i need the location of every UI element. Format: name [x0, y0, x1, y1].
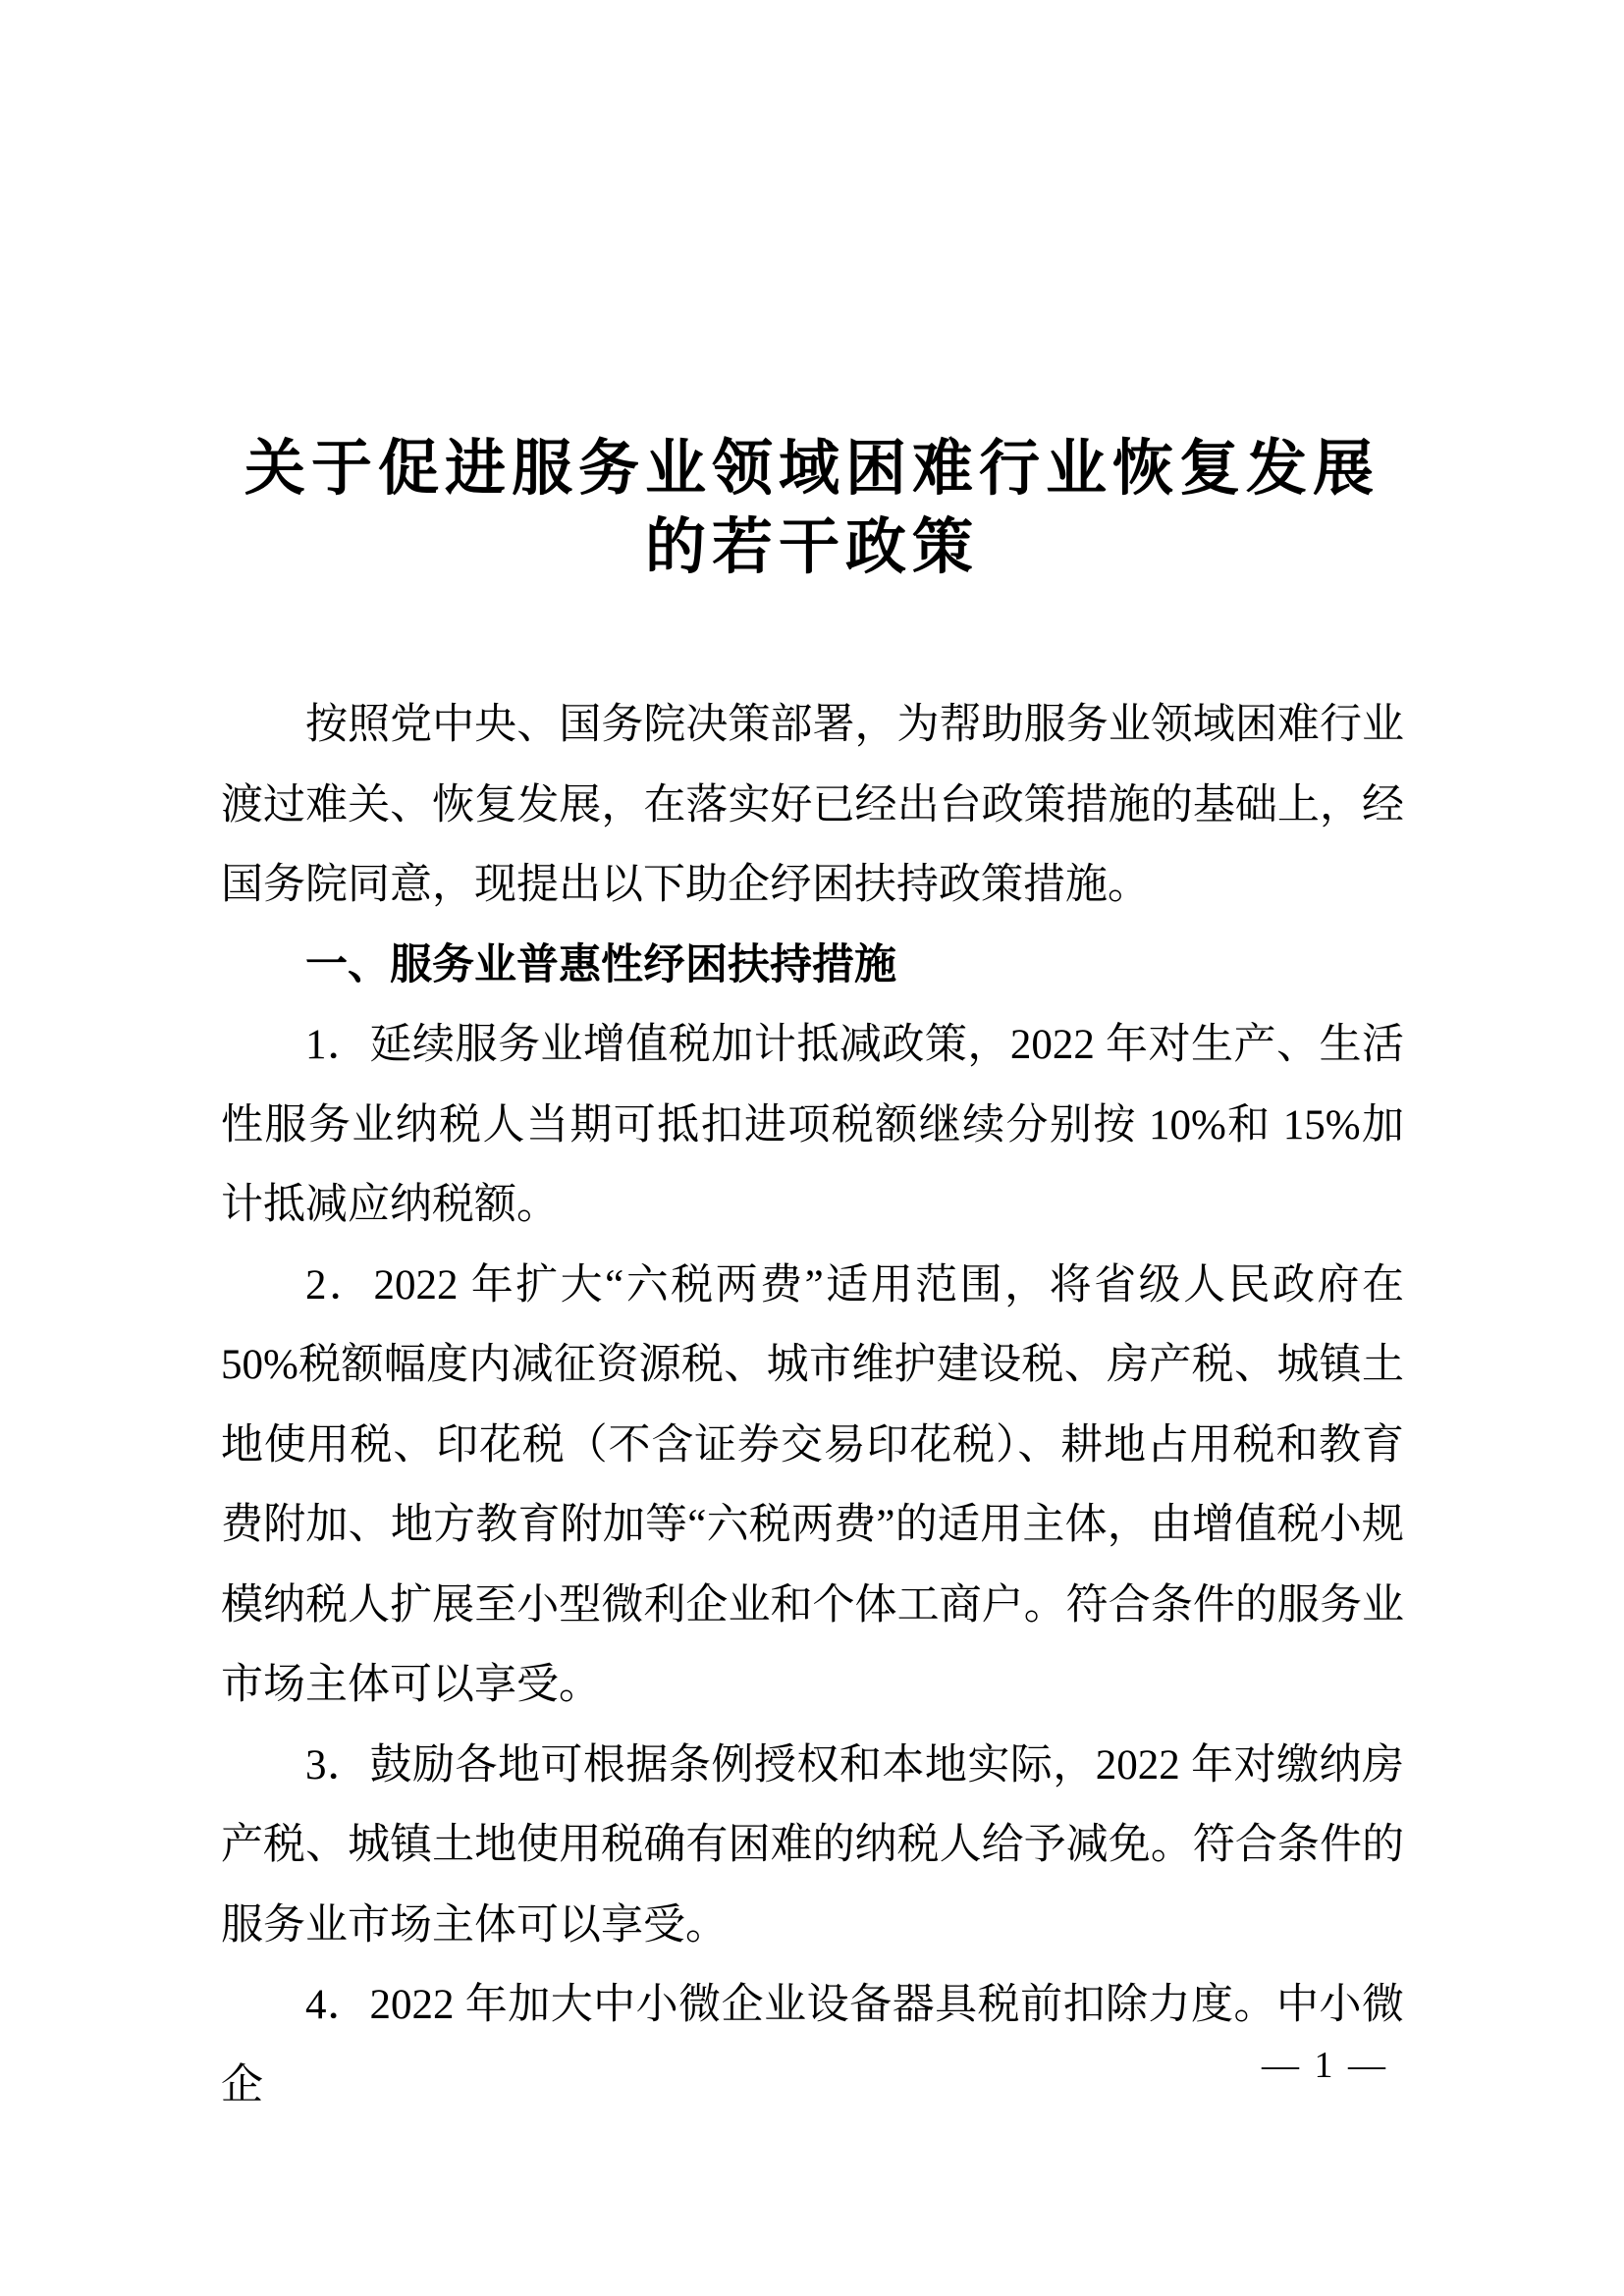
document-title-line-1: 关于促进服务业领域困难行业恢复发展: [0, 430, 1624, 508]
page: 关于促进服务业领域困难行业恢复发展 的若干政策 按照党中央、国务院决策部署，为帮…: [0, 0, 1624, 2296]
section-1-heading: 一、服务业普惠性纾困扶持措施: [221, 926, 1404, 1006]
policy-item-2: 2．2022 年扩大“六税两费”适用范围，将省级人民政府在 50%税额幅度内减征…: [221, 1246, 1404, 1726]
document-title-line-2: 的若干政策: [0, 508, 1624, 587]
document-title: 关于促进服务业领域困难行业恢复发展 的若干政策: [0, 430, 1624, 587]
intro-paragraph: 按照党中央、国务院决策部署，为帮助服务业领域困难行业渡过难关、恢复发展，在落实好…: [221, 685, 1404, 926]
document-body: 按照党中央、国务院决策部署，为帮助服务业领域困难行业渡过难关、恢复发展，在落实好…: [221, 685, 1404, 2125]
policy-item-1: 1．延续服务业增值税加计抵减政策，2022 年对生产、生活性服务业纳税人当期可抵…: [221, 1005, 1404, 1246]
policy-item-4: 4．2022 年加大中小微企业设备器具税前扣除力度。中小微企: [221, 1965, 1404, 2125]
policy-item-3: 3．鼓励各地可根据条例授权和本地实际，2022 年对缴纳房产税、城镇土地使用税确…: [221, 1726, 1404, 1966]
page-number: — 1 —: [1262, 2044, 1388, 2087]
